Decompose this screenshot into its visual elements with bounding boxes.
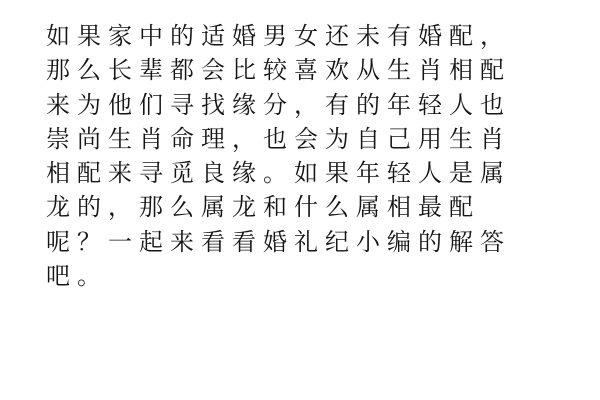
paragraph-line: 崇尚生肖命理，也会为自己用生肖 xyxy=(46,122,566,156)
paragraph-line: 龙的，那么属龙和什么属相最配 xyxy=(46,190,566,224)
paragraph-line: 吧。 xyxy=(46,259,566,293)
paragraph-line: 来为他们寻找缘分，有的年轻人也 xyxy=(46,88,566,122)
article-paragraph: 如果家中的适婚男女还未有婚配， 那么长辈都会比较喜欢从生肖相配 来为他们寻找缘分… xyxy=(46,19,566,293)
paragraph-line: 相配来寻觅良缘。如果年轻人是属 xyxy=(46,156,566,190)
paragraph-line: 那么长辈都会比较喜欢从生肖相配 xyxy=(46,53,566,87)
paragraph-line: 如果家中的适婚男女还未有婚配， xyxy=(46,19,566,53)
paragraph-line: 呢？一起来看看婚礼纪小编的解答 xyxy=(46,225,566,259)
